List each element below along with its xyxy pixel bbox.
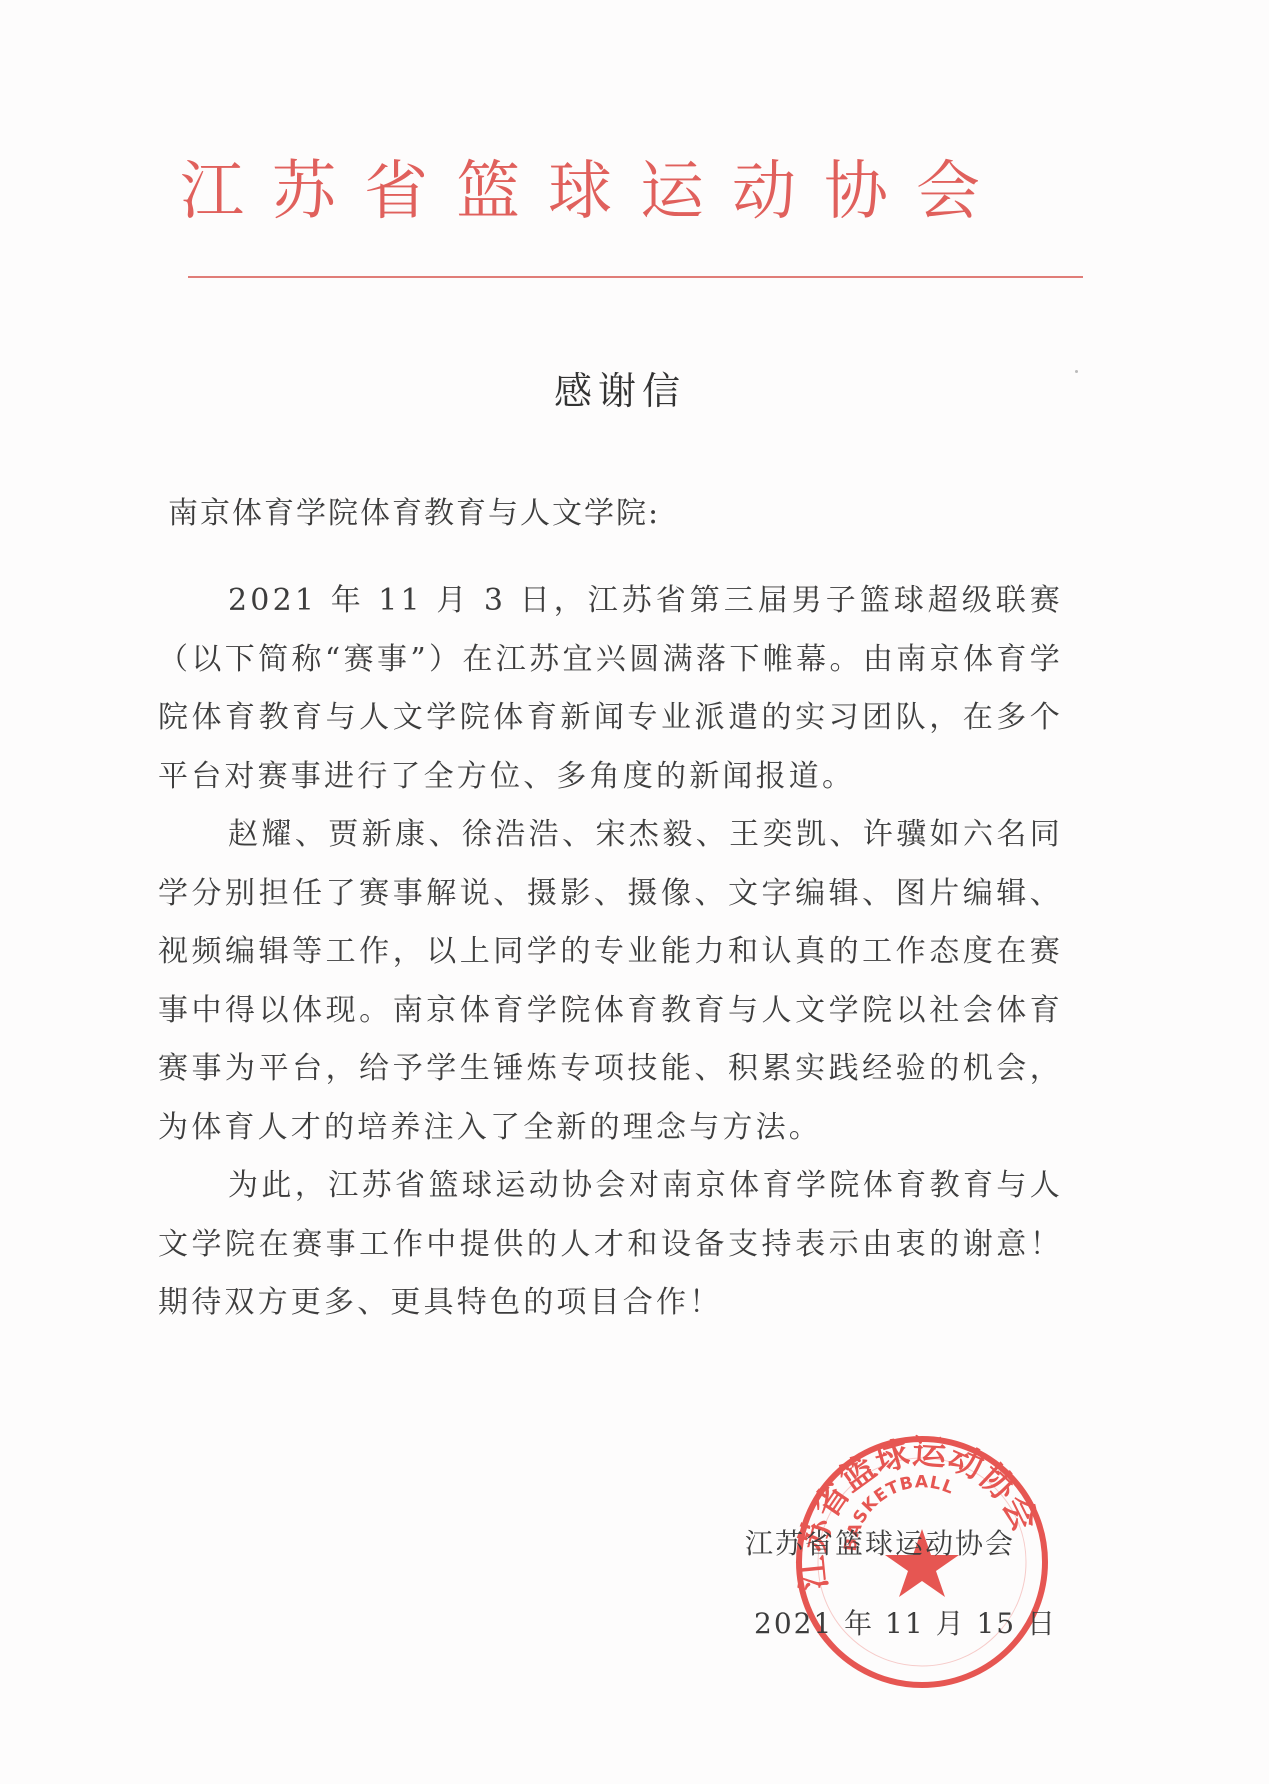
addressee: 南京体育学院体育教育与人文学院: [168, 488, 660, 532]
official-seal: 江苏省篮球运动协会 BASKETBALL [793, 1433, 1051, 1691]
signature-organization: 江苏省篮球运动协会 [745, 1522, 1015, 1562]
paragraph-student-contributions: 赵耀、贾新康、徐浩浩、宋杰毅、王奕凯、许骥如六名同学分别担任了赛事解说、摄影、摄… [158, 806, 1063, 1157]
document-title: 感谢信 [0, 360, 1240, 415]
letterhead-divider [188, 276, 1083, 278]
letter-body: 2021 年 11 月 3 日，江苏省第三届男子篮球超级联赛（以下简称“赛事”）… [158, 572, 1063, 1333]
paragraph-thanks: 为此，江苏省篮球运动协会对南京体育学院体育教育与人文学院在赛事工作中提供的人才和… [158, 1157, 1063, 1333]
letterhead-organization-name: 江苏省篮球运动协会 [180, 152, 1080, 232]
signature-date: 2021 年 11 月 15 日 [754, 1602, 1057, 1642]
paragraph-event-summary: 2021 年 11 月 3 日，江苏省第三届男子篮球超级联赛（以下简称“赛事”）… [158, 572, 1063, 806]
